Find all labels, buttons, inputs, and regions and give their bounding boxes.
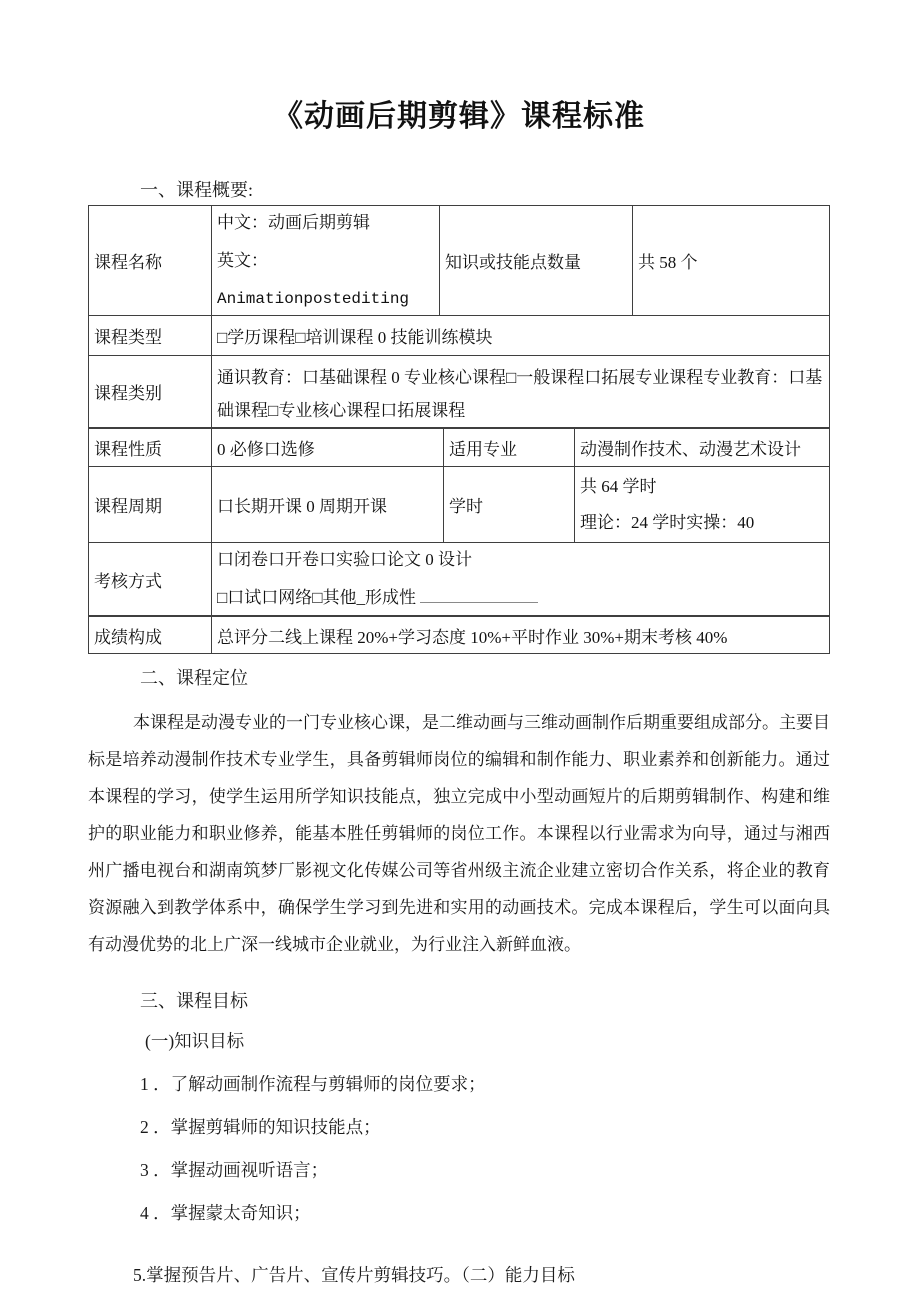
section-heading-objectives: 三、课程目标 <box>88 989 830 1013</box>
cell-knowledge-points-label: 知识或技能点数量 <box>439 206 632 315</box>
positioning-paragraph: 本课程是动漫专业的一门专业核心课，是二维动画与三维动画制作后期重要组成部分。主要… <box>88 704 830 963</box>
cell-class-hours-label: 学时 <box>443 467 574 542</box>
course-name-en-label: 英文： <box>217 242 435 280</box>
table-row-assessment-method: 考核方式 口闭卷口开卷口实验口论文 0 设计 □口试口网络□其他_形成性 <box>89 542 829 615</box>
objective-item-4: 4 ．掌握蒙太奇知识； <box>88 1201 830 1225</box>
cell-grade-label: 成绩构成 <box>89 617 211 653</box>
section-heading-overview: 一、课程概要: <box>88 178 830 202</box>
cell-course-category-value: 通识教育：口基础课程 0 专业核心课程□一般课程口拓展专业课程专业教育：口基础课… <box>211 356 829 427</box>
cell-class-hours-value: 共 64 学时 理论：24 学时实操：40 <box>574 467 829 542</box>
cell-course-nature-value: 0 必修口选修 <box>211 429 443 466</box>
table-row-course-category: 课程类别 通识教育：口基础课程 0 专业核心课程□一般课程口拓展专业课程专业教育… <box>89 355 829 427</box>
cell-assessment-value: 口闭卷口开卷口实验口论文 0 设计 □口试口网络□其他_形成性 <box>211 543 829 615</box>
course-name-en-value: Animationpostediting <box>217 280 435 318</box>
cell-course-name-label: 课程名称 <box>89 206 211 315</box>
cell-applicable-major-label: 适用专业 <box>443 429 574 466</box>
document-title: 《动画后期剪辑》课程标准 <box>88 96 830 138</box>
objective-item-2: 2 ．掌握剪辑师的知识技能点； <box>88 1115 830 1139</box>
knowledge-objectives-subheading: (一)知识目标 <box>88 1029 830 1053</box>
blank-underline <box>420 587 538 603</box>
assessment-line1: 口闭卷口开卷口实验口论文 0 设计 <box>217 541 825 579</box>
table-row-course-type: 课程类型 □学历课程□培训课程 0 技能训练模块 <box>89 315 829 355</box>
cell-assessment-label: 考核方式 <box>89 543 211 615</box>
table-row-course-name: 课程名称 中文：动画后期剪辑 英文： Animationpostediting … <box>89 206 829 315</box>
table-row-grade-composition: 成绩构成 总评分二线上课程 20%+学习态度 10%+平时作业 30%+期末考核… <box>89 615 829 653</box>
class-hours-detail: 理论：24 学时实操：40 <box>580 505 825 541</box>
table-row-course-period: 课程周期 口长期开课 0 周期开课 学时 共 64 学时 理论：24 学时实操：… <box>89 466 829 542</box>
objective-item-3: 3 ．掌握动画视听语言； <box>88 1158 830 1182</box>
course-overview-table: 课程名称 中文：动画后期剪辑 英文： Animationpostediting … <box>88 205 830 654</box>
cell-course-name-value: 中文：动画后期剪辑 英文： Animationpostediting <box>211 206 439 315</box>
objective-item-5: 5.掌握预告片、广告片、宣传片剪辑技巧。（二）能力目标 <box>88 1263 830 1287</box>
cell-course-type-label: 课程类型 <box>89 316 211 355</box>
course-name-cn: 中文：动画后期剪辑 <box>217 204 435 242</box>
cell-grade-value: 总评分二线上课程 20%+学习态度 10%+平时作业 30%+期末考核 40% <box>211 617 829 653</box>
cell-course-period-label: 课程周期 <box>89 467 211 542</box>
cell-course-type-value: □学历课程□培训课程 0 技能训练模块 <box>211 316 829 355</box>
cell-knowledge-points-value: 共 58 个 <box>632 206 829 315</box>
table-row-course-nature: 课程性质 0 必修口选修 适用专业 动漫制作技术、动漫艺术设计 <box>89 427 829 466</box>
section-heading-positioning: 二、课程定位 <box>88 666 830 690</box>
cell-applicable-major-value: 动漫制作技术、动漫艺术设计 <box>574 429 829 466</box>
cell-course-category-label: 课程类别 <box>89 356 211 427</box>
assessment-line2: □口试口网络□其他_形成性 <box>217 579 825 617</box>
objective-item-1: 1 ．了解动画制作流程与剪辑师的岗位要求； <box>88 1072 830 1096</box>
document-page: 《动画后期剪辑》课程标准 一、课程概要: 课程名称 中文：动画后期剪辑 英文： … <box>88 96 830 1287</box>
cell-course-nature-label: 课程性质 <box>89 429 211 466</box>
class-hours-total: 共 64 学时 <box>580 469 825 505</box>
cell-course-period-value: 口长期开课 0 周期开课 <box>211 467 443 542</box>
